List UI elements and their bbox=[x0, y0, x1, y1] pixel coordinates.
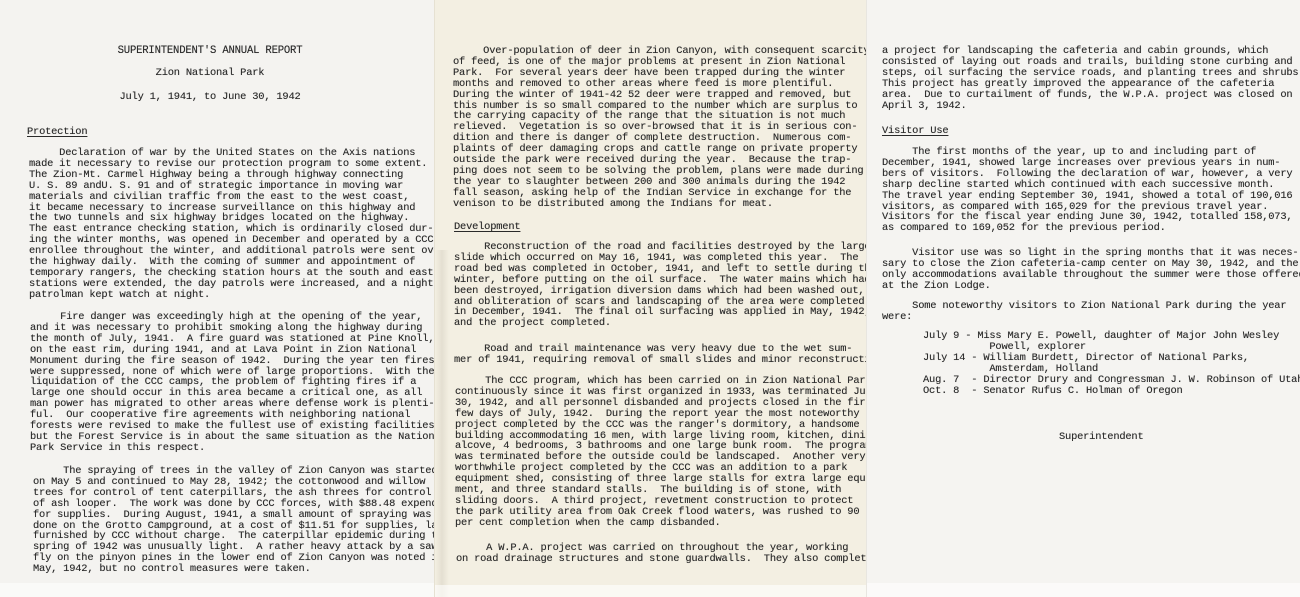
protection-paragraph-2: Fire danger was exceedingly high at the … bbox=[30, 312, 434, 454]
signature-line: Superintendent bbox=[1059, 432, 1144, 443]
wpa-continued-paragraph: a project for landscaping the cafeteria … bbox=[882, 46, 1300, 111]
visitor-description: William Burdett, Director of National Pa… bbox=[923, 352, 1249, 375]
protection-paragraph-3: The spraying of trees in the valley of Z… bbox=[33, 466, 434, 575]
report-page-1: SUPERINTENDENT'S ANNUAL REPORT Zion Nati… bbox=[0, 0, 434, 597]
visitor-use-paragraph-3: Some noteworthy visitors to Zion Nationa… bbox=[882, 301, 1286, 323]
report-page-3: a project for landscaping the cafeteria … bbox=[866, 0, 1300, 597]
noteworthy-visitors-list: July 9 - Miss Mary E. Powell, daughter o… bbox=[923, 331, 1300, 396]
development-paragraph-1: Reconstruction of the road and facilitie… bbox=[454, 242, 866, 329]
visitor-use-paragraph-1: The first months of the year, up to and … bbox=[882, 147, 1292, 234]
development-paragraph-3: The CCC program, which has been carried … bbox=[455, 376, 866, 529]
protection-paragraph-1: Declaration of war by the United States … bbox=[29, 148, 434, 301]
visitor-description: Miss Mary E. Powell, daughter of Major J… bbox=[923, 330, 1279, 353]
report-title: SUPERINTENDENT'S ANNUAL REPORT bbox=[0, 46, 420, 57]
visitor-entry: July 9 - Miss Mary E. Powell, daughter o… bbox=[923, 331, 1300, 353]
report-page-2: Over-population of deer in Zion Canyon, … bbox=[434, 0, 866, 597]
park-name: Zion National Park bbox=[0, 68, 420, 79]
visitor-date: Oct. 8 bbox=[923, 385, 965, 397]
paper-crease bbox=[435, 250, 449, 597]
visitor-entry: Oct. 8 - Senator Rufus C. Holman of Oreg… bbox=[923, 386, 1300, 397]
visitor-entry: July 14 - William Burdett, Director of N… bbox=[923, 353, 1300, 375]
section-heading-visitor-use: Visitor Use bbox=[882, 126, 948, 137]
section-heading-development: Development bbox=[454, 222, 520, 233]
development-paragraph-4: A W.P.A. project was carried on througho… bbox=[456, 543, 866, 565]
deer-paragraph: Over-population of deer in Zion Canyon, … bbox=[453, 46, 866, 210]
report-period: July 1, 1941, to June 30, 1942 bbox=[0, 92, 420, 103]
visitor-use-paragraph-2: Visitor use was so light in the spring m… bbox=[882, 248, 1300, 292]
section-heading-protection: Protection bbox=[27, 127, 87, 138]
development-paragraph-2: Road and trail maintenance was very heav… bbox=[454, 344, 866, 366]
visitor-description: Senator Rufus C. Holman of Oregon bbox=[983, 385, 1182, 397]
